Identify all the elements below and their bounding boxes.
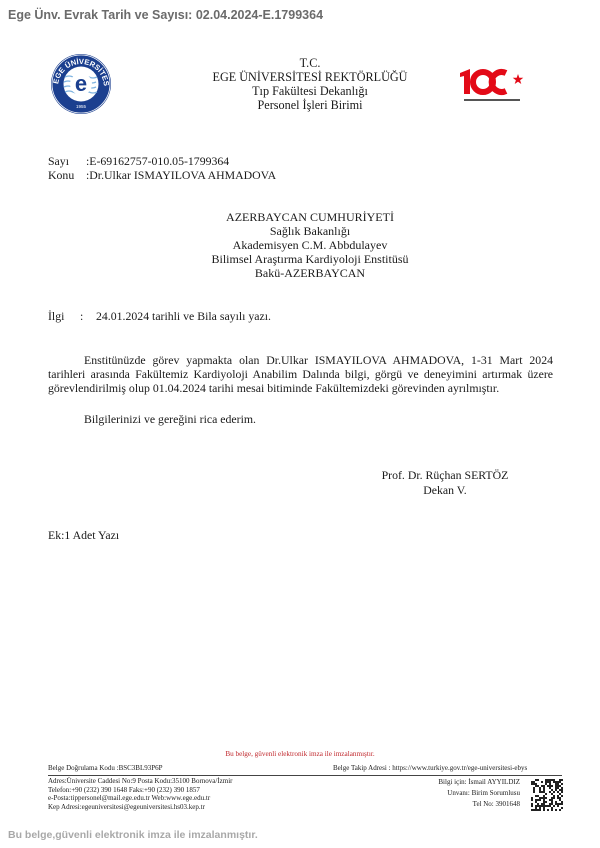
esignature-stamp: Bu belge,güvenli elektronik imza ile imz… xyxy=(8,829,258,841)
konu-value: :Dr.Ulkar ISMAYILOVA AHMADOVA xyxy=(86,168,276,182)
signatory-name: Prof. Dr. Rüçhan SERTÖZ xyxy=(365,468,525,483)
ege-university-logo-icon: e EGE ÜNİVERSİTESİ 1955 xyxy=(50,53,112,115)
letterhead-line: T.C. xyxy=(160,56,460,70)
phone-line: Telefon:+90 (232) 390 1648 Faks:+90 (232… xyxy=(48,786,233,795)
svg-text:1955: 1955 xyxy=(76,104,87,109)
contact-phone: Tel No: 3901648 xyxy=(400,799,520,810)
reference-line: İlgi:24.01.2024 tarihli ve Bila sayılı y… xyxy=(48,309,271,324)
qr-code-icon[interactable] xyxy=(531,779,563,811)
kep-address-line: Kep Adresi:egeuniversitesi@egeuniversite… xyxy=(48,803,233,812)
recipient-line: Bakü-AZERBAYCAN xyxy=(160,266,460,280)
signature-block: Prof. Dr. Rüçhan SERTÖZ Dekan V. xyxy=(365,468,525,497)
letterhead-line: Personel İşleri Birimi xyxy=(160,98,460,112)
tracking-address-link[interactable]: Belge Takip Adresi : https://www.turkiye… xyxy=(333,764,527,772)
svg-text:e: e xyxy=(75,71,87,96)
esignature-notice: Bu belge, güvenli elektronik imza ile im… xyxy=(0,750,600,758)
letterhead: T.C. EGE ÜNİVERSİTESİ REKTÖRLÜĞÜ Tıp Fak… xyxy=(160,56,460,112)
sayi-label: Sayı xyxy=(48,154,86,169)
recipient-line: Akademisyen C.M. Abbdulayev xyxy=(160,238,460,252)
footer-contact: Bilgi için: İsmail AYYILDIZ Unvanı: Biri… xyxy=(400,777,520,810)
sayi-value: :E-69162757-010.05-1799364 xyxy=(86,154,229,168)
recipient-line: Bilimsel Araştırma Kardiyoloji Enstitüsü xyxy=(160,252,460,266)
letterhead-line: EGE ÜNİVERSİTESİ REKTÖRLÜĞÜ xyxy=(160,70,460,84)
recipient-address: AZERBAYCAN CUMHURİYETİ Sağlık Bakanlığı … xyxy=(160,210,460,280)
turkiye-100-year-logo-icon xyxy=(456,64,528,104)
document-registry-stamp: Ege Ünv. Evrak Tarih ve Sayısı: 02.04.20… xyxy=(8,8,323,22)
recipient-line: AZERBAYCAN CUMHURİYETİ xyxy=(160,210,460,224)
ilgi-label: İlgi xyxy=(48,309,80,324)
ilgi-value: 24.01.2024 tarihli ve Bila sayılı yazı. xyxy=(96,309,271,323)
closing-sentence: Bilgilerinizi ve gereğini rica ederim. xyxy=(84,412,256,427)
contact-title: Unvanı: Birim Sorumlusu xyxy=(400,788,520,799)
footer-address: Adres:Üniversite Caddesi No:9 Posta Kodu… xyxy=(48,777,233,811)
address-line: Adres:Üniversite Caddesi No:9 Posta Kodu… xyxy=(48,777,233,786)
attachment-note: Ek:1 Adet Yazı xyxy=(48,528,119,543)
letter-body: Enstitünüzde görev yapmakta olan Dr.Ulka… xyxy=(48,353,553,396)
ilgi-colon: : xyxy=(80,309,96,324)
contact-person: Bilgi için: İsmail AYYILDIZ xyxy=(400,777,520,788)
document-number: Sayı:E-69162757-010.05-1799364 xyxy=(48,154,229,169)
email-web-line[interactable]: e-Posta:tippersonel@mail.ege.edu.tr Web:… xyxy=(48,794,233,803)
footer-divider xyxy=(48,775,562,776)
recipient-line: Sağlık Bakanlığı xyxy=(160,224,460,238)
body-paragraph: Enstitünüzde görev yapmakta olan Dr.Ulka… xyxy=(48,353,553,396)
letterhead-line: Tıp Fakültesi Dekanlığı xyxy=(160,84,460,98)
verification-code: Belge Doğrulama Kodu :BSC3BL93P6P xyxy=(48,764,163,772)
signatory-title: Dekan V. xyxy=(365,483,525,498)
konu-label: Konu xyxy=(48,168,86,183)
document-subject: Konu:Dr.Ulkar ISMAYILOVA AHMADOVA xyxy=(48,168,276,183)
